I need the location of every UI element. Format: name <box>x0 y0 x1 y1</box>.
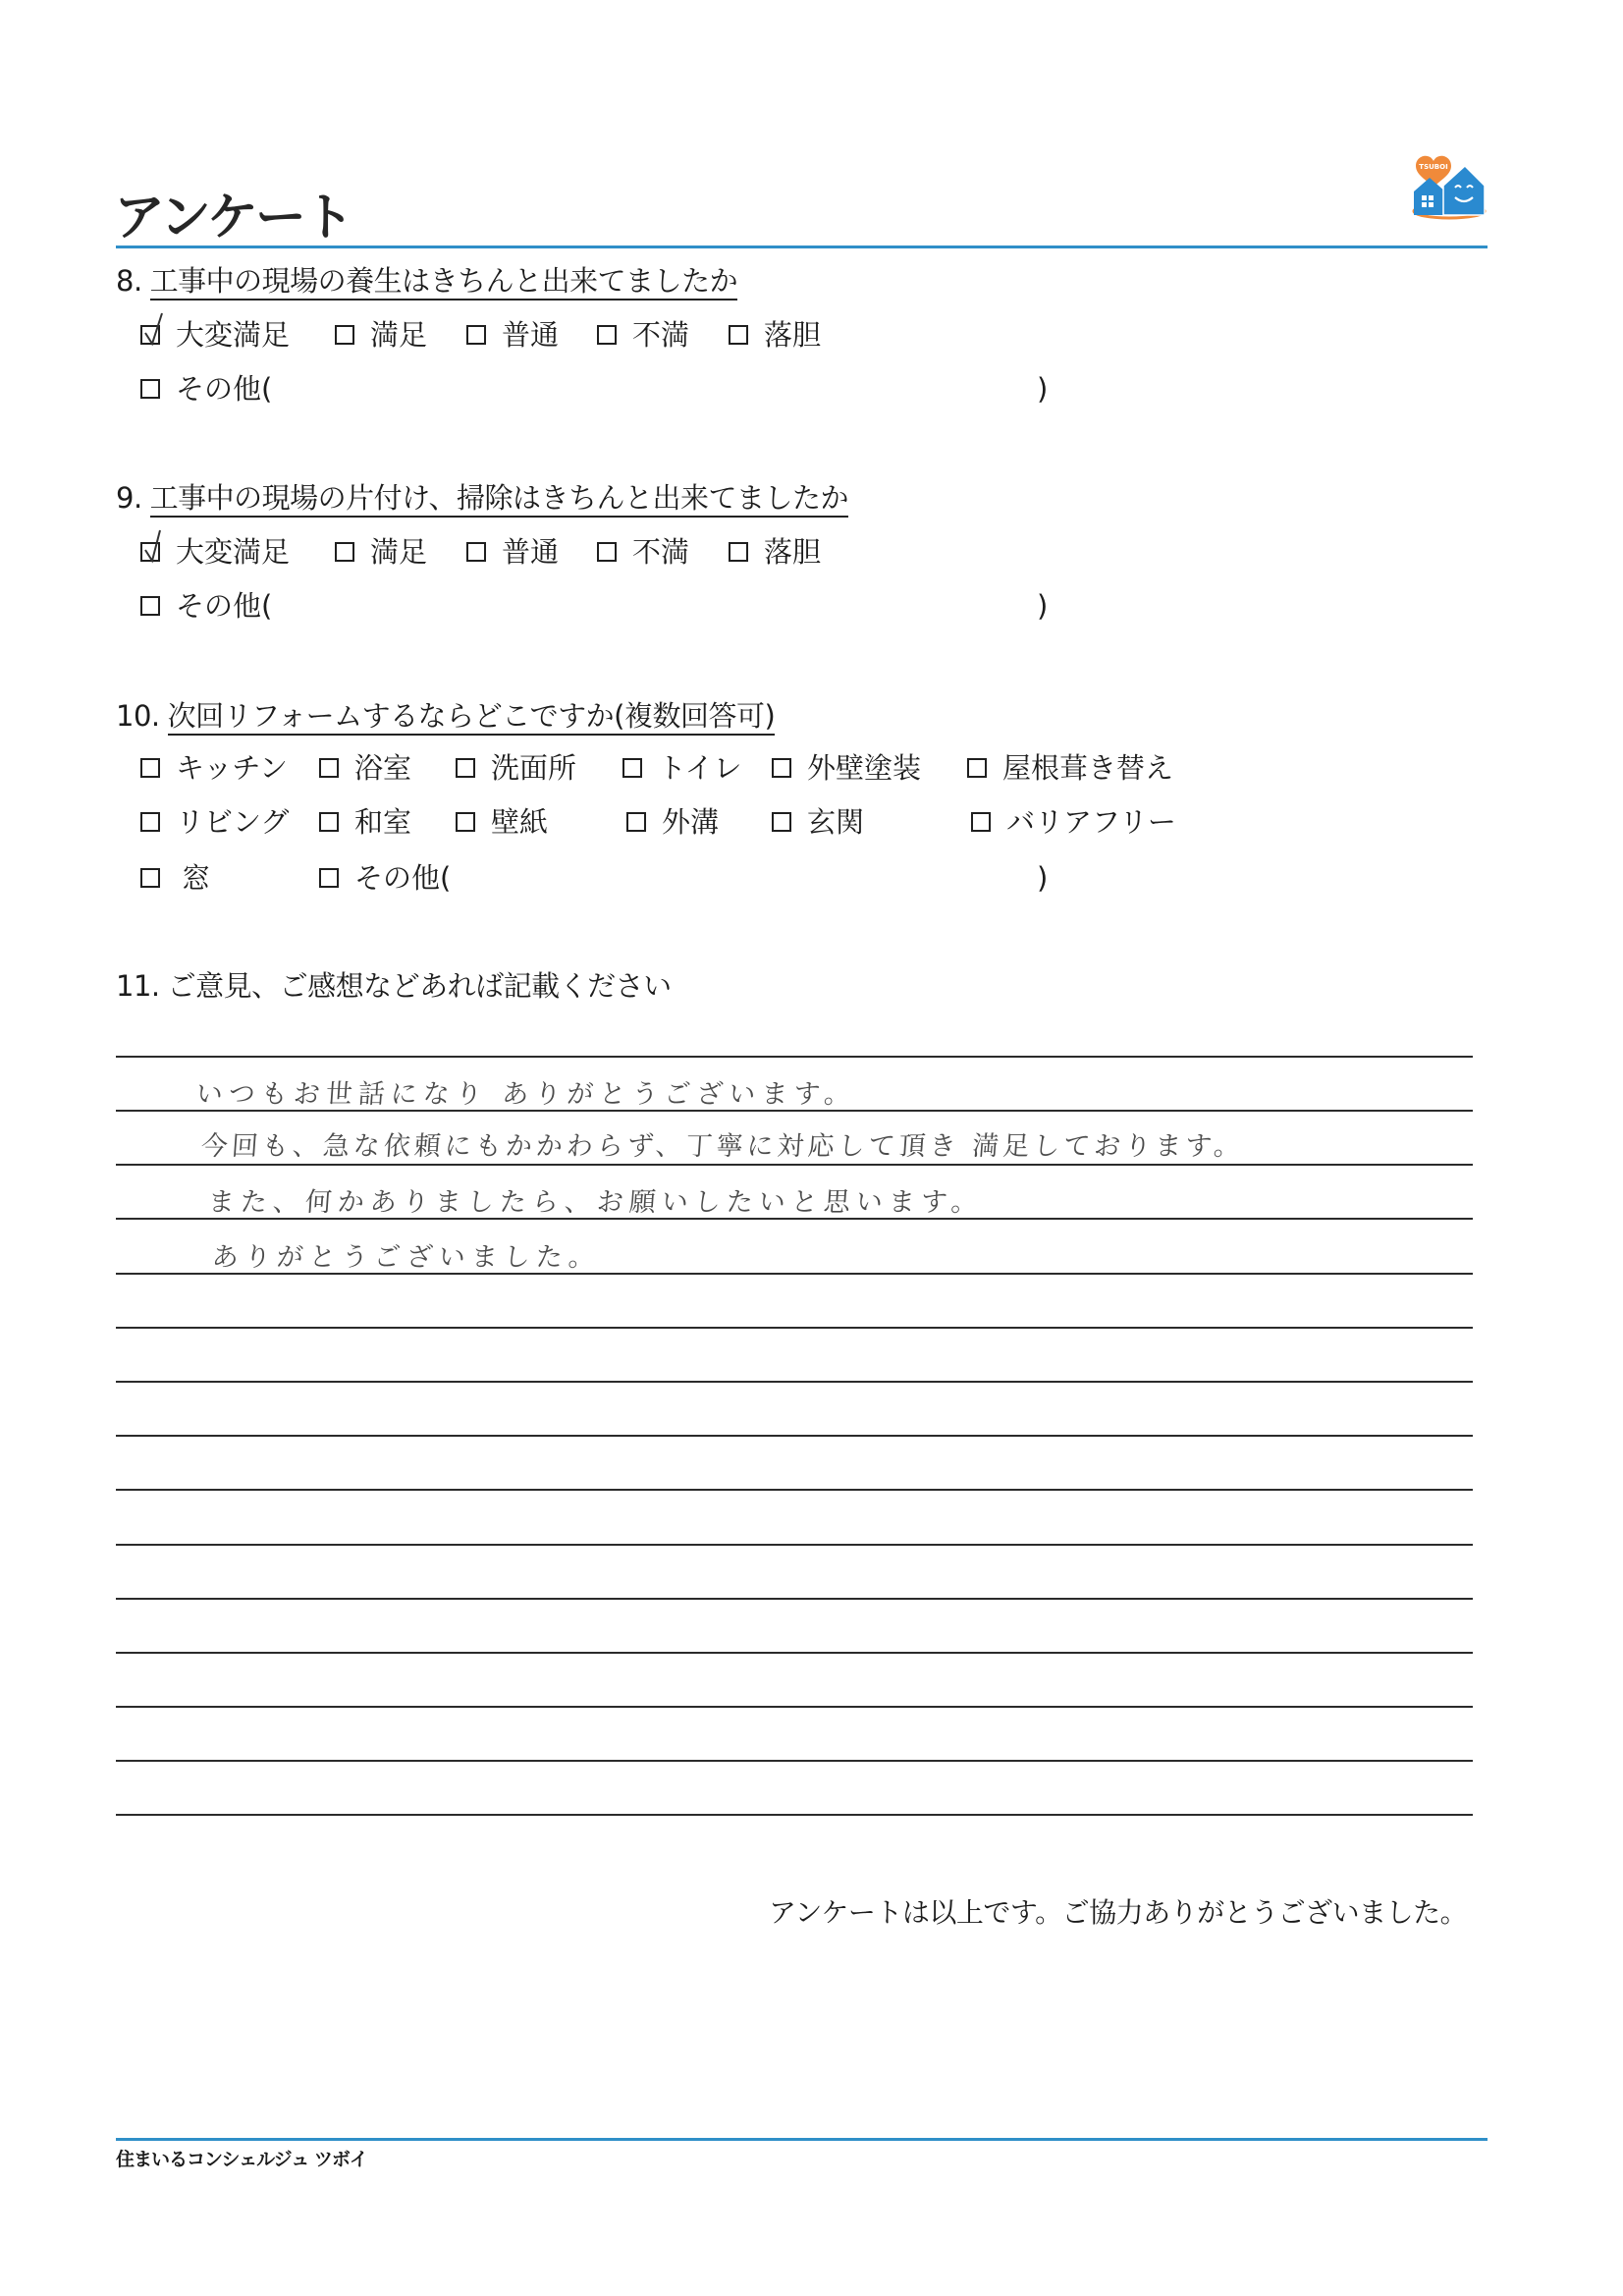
q9-option-normal[interactable]: 普通 <box>466 535 559 569</box>
option-label: 普通 <box>502 318 559 352</box>
option-label: 壁紙 <box>491 805 548 839</box>
q10-option-living[interactable]: リビング <box>140 805 289 839</box>
checkbox[interactable] <box>140 379 160 399</box>
footer-divider <box>116 2138 1488 2141</box>
checkbox[interactable] <box>729 325 748 345</box>
checkbox[interactable] <box>772 812 791 832</box>
q8-option-satisfied[interactable]: 満足 <box>335 318 427 352</box>
option-label: リビング <box>176 805 289 839</box>
checkbox[interactable] <box>456 812 475 832</box>
checkbox[interactable] <box>140 596 160 616</box>
checkbox[interactable] <box>466 325 486 345</box>
option-label: 満足 <box>370 535 427 569</box>
checkbox-checked[interactable] <box>140 325 160 345</box>
q10-option-other[interactable]: その他( <box>319 861 451 895</box>
checkbox-checked[interactable] <box>140 542 160 562</box>
checkbox[interactable] <box>729 542 748 562</box>
checkbox[interactable] <box>597 325 617 345</box>
ruled-line <box>116 1164 1473 1166</box>
q9-option-disappointed[interactable]: 落胆 <box>729 535 821 569</box>
checkbox[interactable] <box>597 542 617 562</box>
ruled-line <box>116 1327 1473 1329</box>
q10-option-wallpaper[interactable]: 壁紙 <box>456 805 548 839</box>
ruled-line <box>116 1435 1473 1437</box>
q10-option-barrier-free[interactable]: バリアフリー <box>971 805 1176 839</box>
checkbox[interactable] <box>335 542 354 562</box>
option-label: 不満 <box>632 535 689 569</box>
ruled-line <box>116 1544 1473 1546</box>
q8-option-normal[interactable]: 普通 <box>466 318 559 352</box>
option-label: 洗面所 <box>491 751 576 785</box>
question-11-title: 11.ご意見、ご感想などあれば記載ください <box>116 968 672 1004</box>
checkbox[interactable] <box>319 812 339 832</box>
question-number: 8. <box>116 264 142 298</box>
checkbox[interactable] <box>140 868 160 888</box>
svg-text:TSUBOI: TSUBOI <box>1419 163 1447 171</box>
checkbox[interactable] <box>140 758 160 778</box>
option-label: キッチン <box>176 751 288 785</box>
option-label: 外壁塗装 <box>807 751 921 785</box>
ruled-line <box>116 1652 1473 1654</box>
question-9-title: 9.工事中の現場の片付け、掃除はきちんと出来てましたか <box>116 480 848 516</box>
option-label: 落胆 <box>764 535 821 569</box>
house-logo-icon: TSUBOI <box>1408 152 1488 225</box>
handwritten-comment-line: いつもお世話になり ありがとうございます。 <box>195 1072 858 1111</box>
checkbox[interactable] <box>319 758 339 778</box>
q10-option-exterior[interactable]: 外溝 <box>626 805 719 839</box>
q10-option-washroom[interactable]: 洗面所 <box>456 751 576 785</box>
ruled-line <box>116 1056 1473 1058</box>
ruled-line <box>116 1598 1473 1600</box>
question-10-title: 10.次回リフォームするならどこですか(複数回答可) <box>116 698 775 734</box>
option-label: 外溝 <box>662 805 719 839</box>
checkbox[interactable] <box>772 758 791 778</box>
handwritten-comment-line: ありがとうございました。 <box>211 1235 603 1274</box>
handwritten-comment-line: また、何かありましたら、お願いしたいと思います。 <box>207 1180 986 1219</box>
q8-option-dissatisfied[interactable]: 不満 <box>597 318 689 352</box>
checkbox[interactable] <box>140 812 160 832</box>
other-close-paren: ) <box>1037 372 1048 406</box>
checkbox[interactable] <box>967 758 987 778</box>
header-divider <box>116 246 1488 248</box>
q9-option-other[interactable]: その他( <box>140 589 272 623</box>
option-label: 普通 <box>502 535 559 569</box>
checkbox[interactable] <box>626 812 646 832</box>
ruled-line <box>116 1489 1473 1491</box>
option-label: 和室 <box>354 805 411 839</box>
q9-option-satisfied[interactable]: 満足 <box>335 535 427 569</box>
checkbox[interactable] <box>622 758 642 778</box>
q8-option-disappointed[interactable]: 落胆 <box>729 318 821 352</box>
question-number: 10. <box>116 699 160 733</box>
question-number: 9. <box>116 481 142 515</box>
question-number: 11. <box>116 969 160 1003</box>
question-text: 工事中の現場の片付け、掃除はきちんと出来てましたか <box>150 481 848 518</box>
checkbox[interactable] <box>319 868 339 888</box>
ruled-line <box>116 1814 1473 1816</box>
option-label: 屋根葺き替え <box>1002 751 1173 785</box>
checkbox[interactable] <box>456 758 475 778</box>
ruled-line <box>116 1706 1473 1708</box>
checkmark-icon <box>140 311 176 347</box>
q10-option-window[interactable]: 窓 <box>140 861 210 895</box>
q10-option-roof[interactable]: 屋根葺き替え <box>967 751 1173 785</box>
q9-option-dissatisfied[interactable]: 不満 <box>597 535 689 569</box>
question-text: 次回リフォームするならどこですか(複数回答可) <box>168 699 776 736</box>
handwritten-comment-line: 今回も、急な依頼にもかかわらず、丁寧に対応して頂き 満足しております。 <box>200 1124 1246 1163</box>
option-label: 満足 <box>370 318 427 352</box>
option-label: 窓 <box>182 861 210 895</box>
option-label: 不満 <box>632 318 689 352</box>
q8-option-very-satisfied[interactable]: 大変満足 <box>140 318 290 352</box>
ruled-line <box>116 1381 1473 1383</box>
other-close-paren: ) <box>1037 589 1048 623</box>
q10-option-kitchen[interactable]: キッチン <box>140 751 288 785</box>
option-label: 大変満足 <box>176 535 290 569</box>
option-label: バリアフリー <box>1006 805 1176 839</box>
checkbox[interactable] <box>466 542 486 562</box>
q9-option-very-satisfied[interactable]: 大変満足 <box>140 535 290 569</box>
checkbox[interactable] <box>971 812 991 832</box>
option-label: その他( <box>354 861 451 895</box>
checkmark-icon <box>140 528 176 564</box>
question-text: 工事中の現場の養生はきちんと出来てましたか <box>150 264 738 301</box>
option-label: その他( <box>176 372 272 406</box>
q8-option-other[interactable]: その他( <box>140 372 272 406</box>
option-label: 玄関 <box>807 805 864 839</box>
q10-option-bathroom[interactable]: 浴室 <box>319 751 411 785</box>
q10-option-entrance[interactable]: 玄関 <box>772 805 864 839</box>
option-label: トイレ <box>658 751 742 785</box>
q10-option-exterior-paint[interactable]: 外壁塗装 <box>772 751 921 785</box>
question-8-title: 8.工事中の現場の養生はきちんと出来てましたか <box>116 263 737 299</box>
other-close-paren: ) <box>1037 861 1048 895</box>
footer-company-name: 住まいるコンシェルジュ ツボイ <box>116 2145 367 2171</box>
question-text: ご意見、ご感想などあれば記載ください <box>168 969 672 1004</box>
q10-option-toilet[interactable]: トイレ <box>622 751 742 785</box>
option-label: 浴室 <box>354 751 411 785</box>
closing-message: アンケートは以上です。ご協力ありがとうございました。 <box>769 1891 1467 1931</box>
q10-option-japanese-room[interactable]: 和室 <box>319 805 411 839</box>
option-label: 大変満足 <box>176 318 290 352</box>
page-title: アンケート <box>114 189 352 247</box>
ruled-line <box>116 1760 1473 1762</box>
checkbox[interactable] <box>335 325 354 345</box>
option-label: 落胆 <box>764 318 821 352</box>
option-label: その他( <box>176 589 272 623</box>
